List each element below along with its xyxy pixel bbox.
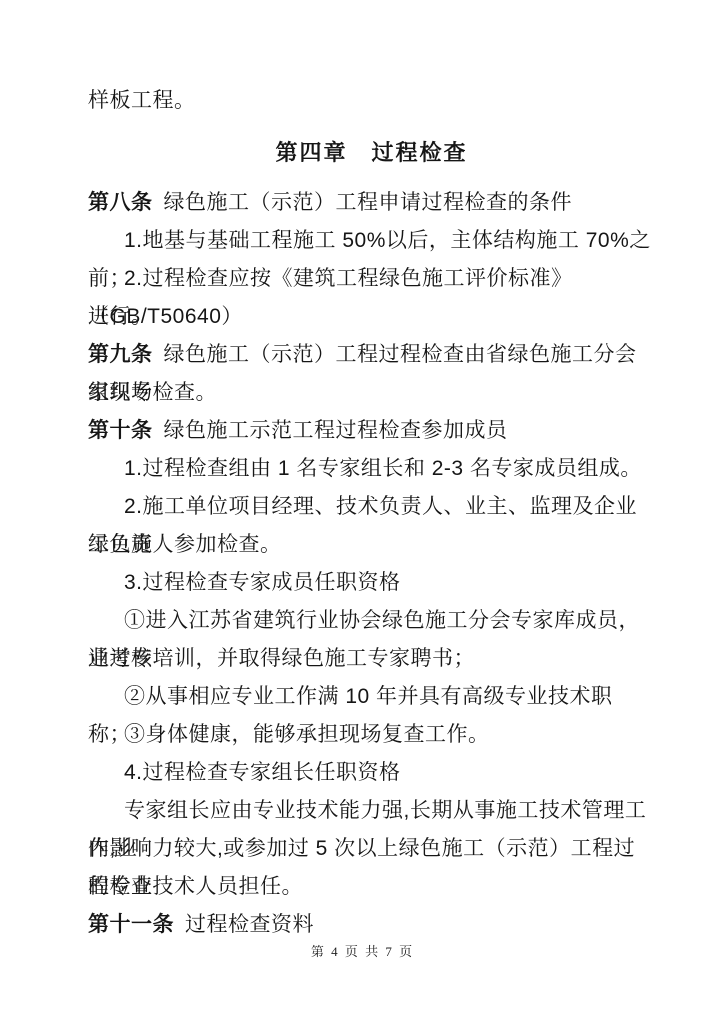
document-page: 样板工程。 第四章 过程检查 第八条绿色施工（示范）工程申请过程检查的条件 1.… [0, 0, 725, 1024]
clause-line: 2.过程检查应按《建筑工程绿色施工评价标准》（GB/T50640） [88, 260, 655, 298]
clause-continuation-line: 工负责人参加检查。 [88, 526, 655, 564]
article-heading: 第九条绿色施工（示范）工程过程检查由省绿色施工分会组织专 [88, 336, 655, 374]
clause-line: 专家组长应由专业技术能力强,长期从事施工技术管理工作,业 [88, 792, 655, 830]
paragraph-line: 样板工程。 [88, 82, 655, 120]
clause-line: 4.过程检查专家组长任职资格 [88, 754, 655, 792]
clause-line: 3.过程检查专家成员任职资格 [88, 564, 655, 602]
article-number: 第九条 [88, 343, 153, 366]
article-heading: 第八条绿色施工（示范）工程申请过程检查的条件 [88, 184, 655, 222]
clause-continuation-line: 业考核培训，并取得绿色施工专家聘书； [88, 640, 655, 678]
clause-line: 1.过程检查组由 1 名专家组长和 2-3 名专家成员组成。 [88, 450, 655, 488]
article-number: 第十条 [88, 419, 153, 442]
article-title: 绿色施工示范工程过程检查参加成员 [164, 419, 508, 442]
chapter-heading: 第四章 过程检查 [88, 134, 655, 172]
clause-line: 2.施工单位项目经理、技术负责人、业主、监理及企业绿色施 [88, 488, 655, 526]
article-number: 第十一条 [88, 913, 174, 936]
clause-continuation-line: 的专业技术人员担任。 [88, 868, 655, 906]
clause-continuation-line: 内影响力较大,或参加过 5 次以上绿色施工（示范）工程过程检查 [88, 830, 655, 868]
article-number: 第八条 [88, 191, 153, 214]
clause-line: ②从事相应专业工作满 10 年并具有高级专业技术职称； [88, 678, 655, 716]
article-heading: 第十一条过程检查资料 [88, 906, 655, 944]
clause-line: 1.地基与基础工程施工 50%以后，主体结构施工 70%之前； [88, 222, 655, 260]
article-heading: 第十条绿色施工示范工程过程检查参加成员 [88, 412, 655, 450]
clause-line: ③身体健康，能够承担现场复查工作。 [88, 716, 655, 754]
article-title: 绿色施工（示范）工程申请过程检查的条件 [164, 191, 573, 214]
page-footer: 第 4 页 共 7 页 [0, 941, 725, 960]
clause-line: ①进入江苏省建筑行业协会绿色施工分会专家库成员，通过专 [88, 602, 655, 640]
clause-continuation-line: 家现场检查。 [88, 374, 655, 412]
document-body: 样板工程。 第四章 过程检查 第八条绿色施工（示范）工程申请过程检查的条件 1.… [88, 82, 655, 944]
article-title: 过程检查资料 [185, 913, 314, 936]
